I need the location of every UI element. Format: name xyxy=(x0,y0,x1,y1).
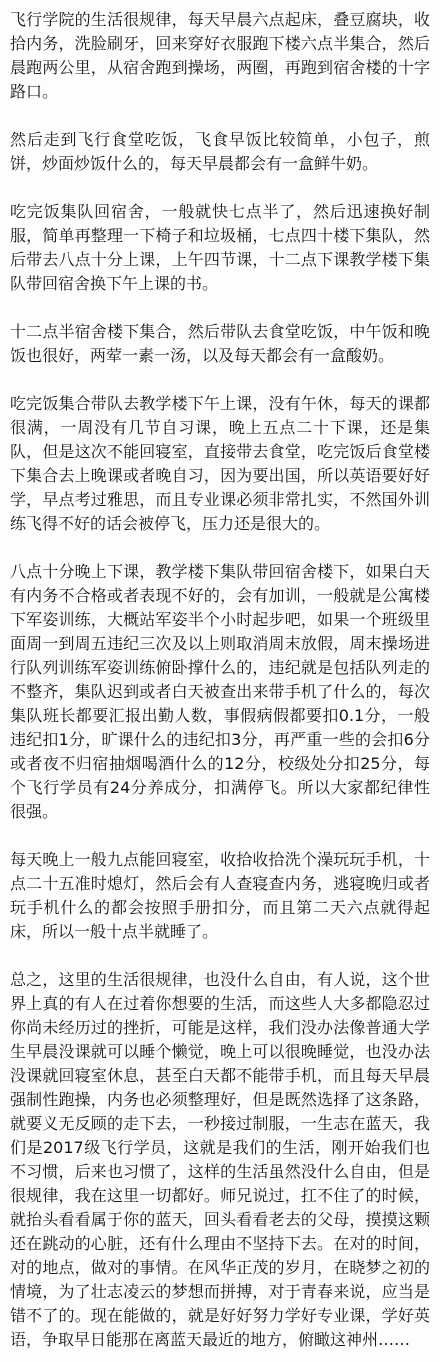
paragraph-discipline-points: 八点十分晚上下课，教学楼下集队带回宿舍楼下，如果白天有内务不合格或者表现不好的，… xyxy=(10,560,430,824)
paragraph-afternoon-evening-study: 吃完饭集合带队去教学楼下午上课，没有午休，每天的课都很满，一周没有几节自习课，晚… xyxy=(10,392,430,536)
document-page: { "page": { "background_color": "#fdfdfd… xyxy=(0,0,440,1362)
paragraph-morning-classes: 吃完饭集队回宿舍，一般就快七点半了，然后迅速换好制服，简单再整理一下椅子和垃圾桶… xyxy=(10,200,430,296)
paragraph-conclusion: 总之，这里的生活很规律，也没什么自由，有人说，这个世界上真的有人在过着你想要的生… xyxy=(10,968,430,1352)
paragraph-morning-routine: 飞行学院的生活很规律，每天早晨六点起床，叠豆腐块，收拾内务，洗脸刷牙，回来穿好衣… xyxy=(10,8,430,104)
paragraph-breakfast: 然后走到飞行食堂吃饭，飞食早饭比较简单，小包子，煎饼，炒面炒饭什么的，每天早晨都… xyxy=(10,128,430,176)
paragraph-lunch: 十二点半宿舍楼下集合，然后带队去食堂吃饭，中午饭和晚饭也很好，两荤一素一汤，以及… xyxy=(10,320,430,368)
paragraph-night-routine: 每天晚上一般九点能回寝室，收拾收拾洗个澡玩玩手机，十点二十五准时熄灯，然后会有人… xyxy=(10,848,430,944)
article-body: 飞行学院的生活很规律，每天早晨六点起床，叠豆腐块，收拾内务，洗脸刷牙，回来穿好衣… xyxy=(0,0,440,1362)
